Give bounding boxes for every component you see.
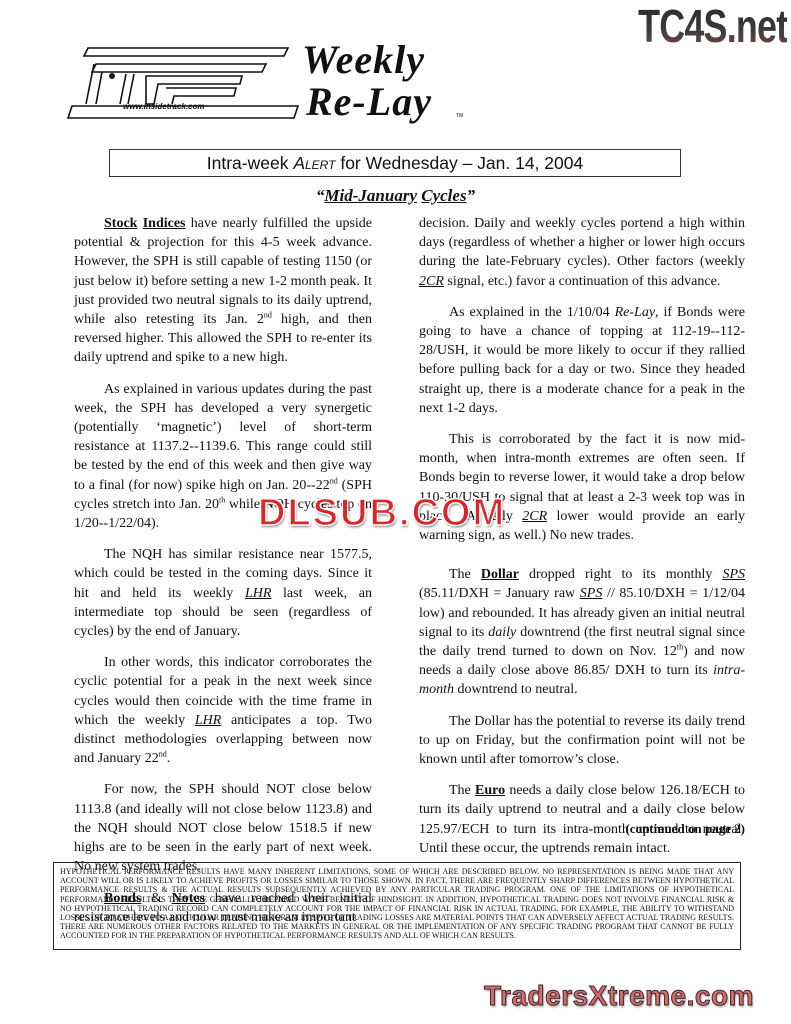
paragraph-dollar-reverse: The Dollar has the potential to reverse … bbox=[419, 712, 745, 770]
superscript: nd bbox=[330, 476, 338, 485]
paragraph-stock-indices: Stock Indices have nearly fulfilled the … bbox=[74, 214, 372, 368]
hypothetical-performance-disclaimer: Hypothetical performance results have ma… bbox=[53, 862, 741, 950]
term-sps: SPS bbox=[580, 586, 603, 601]
term-lhr: LHR bbox=[245, 586, 271, 601]
term-sps: SPS bbox=[722, 567, 745, 582]
trademark-mark: TM bbox=[456, 113, 463, 119]
paragraph-dollar: The Dollar dropped right to its monthly … bbox=[419, 565, 745, 699]
paragraph-nqh: The NQH has similar resistance near 1577… bbox=[74, 545, 372, 641]
paragraph-relay-bonds: As explained in the 1/10/04 Re-Lay, if B… bbox=[419, 303, 745, 418]
watermark-tc4s: TC4S.net bbox=[638, 0, 787, 52]
title-weekly: Weekly bbox=[302, 38, 425, 82]
text: For now, the SPH should NOT close below … bbox=[74, 782, 372, 874]
article-headline: “Mid-January Cycles” bbox=[0, 186, 791, 206]
watermark-dlsub: DLSUB.COM bbox=[258, 492, 506, 534]
left-column: Stock Indices have nearly fulfilled the … bbox=[74, 214, 372, 939]
text: As explained in the 1/10/04 bbox=[449, 305, 615, 320]
watermark-tradersxtreme: TradersXtreme.com bbox=[484, 980, 754, 1012]
alert-prefix: Intra-week bbox=[207, 153, 294, 173]
superscript: nd bbox=[264, 310, 272, 319]
text: The Dollar has the potential to reverse … bbox=[419, 714, 745, 767]
text: signal, etc.) favor a continuation of th… bbox=[444, 274, 720, 289]
logo-url: www.insidetrack.com bbox=[123, 102, 205, 111]
text: dropped right to its monthly bbox=[519, 567, 723, 582]
text: . bbox=[167, 751, 171, 766]
text: The bbox=[449, 567, 481, 582]
publication-name: Re-Lay bbox=[615, 305, 655, 320]
headline-quote-close: ” bbox=[467, 186, 476, 205]
section-lead-stock: Stock bbox=[104, 216, 137, 231]
title-relay: Re-Lay bbox=[306, 80, 432, 124]
paragraph-decision: decision. Daily and weekly cycles porten… bbox=[419, 214, 745, 291]
text: decision. Daily and weekly cycles porten… bbox=[419, 216, 745, 269]
masthead-logo: www.insidetrack.com Weekly Re-Lay TM bbox=[66, 38, 476, 128]
emphasis-daily: daily bbox=[488, 625, 516, 640]
text: downtrend to neutral. bbox=[454, 682, 578, 697]
text: As explained in various updates during t… bbox=[74, 382, 372, 493]
alert-word: Alert bbox=[293, 153, 335, 173]
paragraph-euro: The Euro needs a daily close below 126.1… bbox=[419, 781, 745, 858]
text: The bbox=[449, 783, 475, 798]
continued-note: (continued on page 2) bbox=[419, 821, 745, 837]
alert-suffix: for Wednesday – Jan. 14, 2004 bbox=[335, 153, 583, 173]
superscript: nd bbox=[159, 750, 167, 759]
section-lead-indices: Indices bbox=[143, 216, 186, 231]
right-column: decision. Daily and weekly cycles porten… bbox=[419, 214, 745, 870]
term-lhr: LHR bbox=[195, 713, 221, 728]
alert-banner: Intra-week Alert for Wednesday – Jan. 14… bbox=[109, 149, 681, 177]
text: (85.11/DXH = January raw bbox=[419, 586, 580, 601]
term-2cr: 2CR bbox=[419, 274, 444, 289]
headline-word-1: Mid-January bbox=[324, 186, 417, 205]
term-2cr: 2CR bbox=[522, 509, 547, 524]
headline-word-2: Cycles bbox=[421, 186, 466, 205]
text: , if Bonds were going to have a chance o… bbox=[419, 305, 745, 416]
paragraph-other-words: In other words, this indicator corrobora… bbox=[74, 653, 372, 768]
text: have nearly fulfilled the upside potenti… bbox=[74, 216, 372, 327]
section-lead-dollar: Dollar bbox=[481, 567, 519, 582]
section-lead-euro: Euro bbox=[475, 783, 505, 798]
